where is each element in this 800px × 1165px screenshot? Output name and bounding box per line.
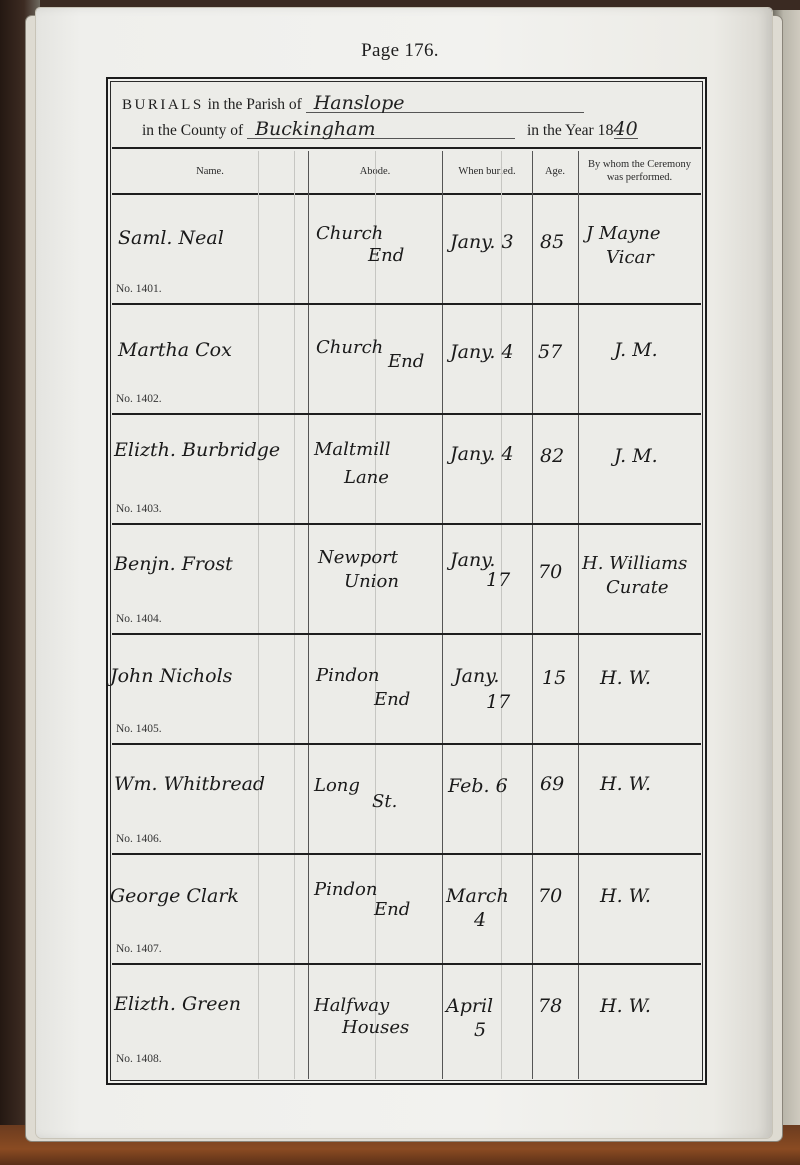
officiant-line2: Vicar	[606, 247, 654, 268]
officiant-line1: J Mayne	[586, 223, 661, 244]
burial-entry: George Clark No. 1407. Pindon End March …	[112, 855, 701, 965]
when-buried-cell: Jany. 4	[442, 415, 532, 523]
abode-cell: Pindon End	[308, 855, 442, 963]
age-cell: 70	[532, 525, 578, 633]
burial-day: 17	[486, 691, 510, 713]
entry-number: No. 1404.	[116, 613, 162, 625]
entry-number: No. 1403.	[116, 503, 162, 515]
officiant-line1: H. Williams	[582, 553, 687, 574]
age-value: 85	[540, 231, 564, 253]
when-buried-cell: Jany. 17	[442, 635, 532, 743]
county-value: Buckingham	[247, 120, 515, 139]
abode-line1: Church	[316, 223, 383, 244]
column-header-age: Age.	[532, 149, 578, 193]
age-value: 70	[538, 561, 562, 583]
officiant-cell: H. Williams Curate	[578, 525, 701, 633]
officiant-line1: J. M.	[614, 339, 658, 361]
page-number: Page 176.	[0, 40, 800, 62]
officiant-cell: J. M.	[578, 305, 701, 413]
abode-line1: Pindon	[314, 879, 377, 900]
parish-value: Hanslope	[306, 94, 584, 113]
officiant-cell: J Mayne Vicar	[578, 195, 701, 303]
parish-prefix: in the Parish of	[208, 96, 302, 113]
officiant-line1: H. W.	[600, 885, 651, 907]
when-buried-cell: March 4	[442, 855, 532, 963]
age-cell: 70	[532, 855, 578, 963]
burial-date: March	[446, 885, 509, 907]
officiant-line1: H. W.	[600, 773, 651, 795]
age-value: 69	[540, 773, 564, 795]
age-cell: 69	[532, 745, 578, 853]
burial-date: Jany.	[450, 549, 495, 571]
officiant-cell: J. M.	[578, 415, 701, 523]
officiant-cell: H. W.	[578, 965, 701, 1073]
abode-line1: Church	[316, 337, 383, 358]
abode-line2: End	[374, 689, 410, 710]
deceased-name: Wm. Whitbread	[114, 773, 265, 795]
year-handwritten: 40	[614, 120, 638, 139]
abode-cell: Halfway Houses	[308, 965, 442, 1073]
entry-number: No. 1402.	[116, 393, 162, 405]
age-cell: 82	[532, 415, 578, 523]
abode-line1: Long	[314, 775, 360, 796]
name-cell: Wm. Whitbread No. 1406.	[112, 745, 308, 853]
age-value: 78	[538, 995, 562, 1017]
name-cell: Elizth. Green No. 1408.	[112, 965, 308, 1073]
column-header-name: Name.	[112, 149, 308, 193]
name-cell: Elizth. Burbridge No. 1403.	[112, 415, 308, 523]
burial-entry: Benjn. Frost No. 1404. Newport Union Jan…	[112, 525, 701, 635]
burial-date: April	[446, 995, 493, 1017]
deceased-name: Elizth. Burbridge	[114, 439, 280, 461]
age-cell: 85	[532, 195, 578, 303]
abode-line2: End	[388, 351, 424, 372]
abode-line2: Lane	[344, 467, 389, 488]
age-cell: 57	[532, 305, 578, 413]
deceased-name: John Nichols	[110, 665, 232, 687]
abode-line1: Maltmill	[314, 439, 391, 460]
burial-day: 17	[486, 569, 510, 591]
deceased-name: Saml. Neal	[118, 227, 224, 249]
abode-cell: Church End	[308, 305, 442, 413]
burial-day: 5	[474, 1019, 486, 1041]
entry-number: No. 1407.	[116, 943, 162, 955]
when-buried-cell: Feb. 6	[442, 745, 532, 853]
abode-cell: Long St.	[308, 745, 442, 853]
burial-date: Feb. 6	[448, 775, 508, 797]
when-buried-cell: Jany. 4	[442, 305, 532, 413]
column-header-ceremony: By whom the Ceremony was performed.	[578, 149, 701, 193]
entry-number: No. 1401.	[116, 283, 162, 295]
age-value: 82	[540, 445, 564, 467]
entry-number: No. 1406.	[116, 833, 162, 845]
deceased-name: Elizth. Green	[114, 993, 241, 1015]
burial-entry: Martha Cox No. 1402. Church End Jany. 4 …	[112, 305, 701, 415]
abode-cell: Pindon End	[308, 635, 442, 743]
column-header-when-buried: When buried.	[442, 149, 532, 193]
officiant-line1: H. W.	[600, 995, 651, 1017]
name-cell: Benjn. Frost No. 1404.	[112, 525, 308, 633]
when-buried-cell: April 5	[442, 965, 532, 1073]
name-cell: John Nichols No. 1405.	[112, 635, 308, 743]
when-buried-cell: Jany. 3	[442, 195, 532, 303]
entry-number: No. 1408.	[116, 1053, 162, 1065]
burial-entry: Wm. Whitbread No. 1406. Long St. Feb. 6 …	[112, 745, 701, 855]
parish-line: BURIALS in the Parish of Hanslope	[122, 94, 584, 114]
abode-line2: End	[368, 245, 404, 266]
when-buried-cell: Jany. 17	[442, 525, 532, 633]
burial-date: Jany. 3	[450, 231, 514, 253]
name-cell: Saml. Neal No. 1401.	[112, 195, 308, 303]
burial-day: 4	[474, 909, 486, 931]
county-prefix: in the County of	[142, 122, 243, 139]
abode-cell: Newport Union	[308, 525, 442, 633]
abode-cell: Maltmill Lane	[308, 415, 442, 523]
officiant-line2: Curate	[606, 577, 669, 598]
burial-register-table: BURIALS in the Parish of Hanslope in the…	[106, 77, 707, 1085]
deceased-name: Benjn. Frost	[114, 553, 233, 575]
abode-line2: Houses	[342, 1017, 409, 1038]
ceremony-header-line1: By whom the Ceremony	[588, 158, 691, 171]
burial-date: Jany. 4	[450, 443, 514, 465]
burial-entry: John Nichols No. 1405. Pindon End Jany. …	[112, 635, 701, 745]
burial-entry: Elizth. Burbridge No. 1403. Maltmill Lan…	[112, 415, 701, 525]
name-cell: Martha Cox No. 1402.	[112, 305, 308, 413]
officiant-line1: J. M.	[614, 445, 658, 467]
column-header-row: Name. Abode. When buried. Age. By whom t…	[112, 149, 701, 195]
name-cell: George Clark No. 1407.	[112, 855, 308, 963]
burial-date: Jany.	[454, 665, 499, 687]
officiant-line1: H. W.	[600, 667, 651, 689]
abode-line1: Pindon	[316, 665, 379, 686]
burials-label: BURIALS	[122, 97, 204, 113]
burial-date: Jany. 4	[450, 341, 514, 363]
officiant-cell: H. W.	[578, 855, 701, 963]
abode-line2: End	[374, 899, 410, 920]
officiant-cell: H. W.	[578, 745, 701, 853]
ceremony-header-line2: was performed.	[607, 171, 672, 184]
register-title-block: BURIALS in the Parish of Hanslope in the…	[112, 83, 701, 149]
age-cell: 15	[532, 635, 578, 743]
abode-line1: Newport	[318, 547, 398, 568]
age-value: 70	[538, 885, 562, 907]
age-cell: 78	[532, 965, 578, 1073]
burial-entry: Elizth. Green No. 1408. Halfway Houses A…	[112, 965, 701, 1073]
abode-line1: Halfway	[314, 995, 389, 1016]
age-value: 57	[538, 341, 562, 363]
deceased-name: Martha Cox	[118, 339, 232, 361]
officiant-cell: H. W.	[578, 635, 701, 743]
deceased-name: George Clark	[110, 885, 239, 907]
entry-number: No. 1405.	[116, 723, 162, 735]
year-printed: 18	[598, 122, 614, 139]
abode-line2: Union	[344, 571, 399, 592]
abode-cell: Church End	[308, 195, 442, 303]
year-prefix: in the Year	[527, 122, 594, 139]
age-value: 15	[542, 667, 566, 689]
burial-entries: Saml. Neal No. 1401. Church End Jany. 3 …	[112, 195, 701, 1079]
burial-entry: Saml. Neal No. 1401. Church End Jany. 3 …	[112, 195, 701, 305]
abode-line2: St.	[372, 791, 397, 812]
county-line: in the County of Buckingham in the Year …	[142, 120, 702, 140]
